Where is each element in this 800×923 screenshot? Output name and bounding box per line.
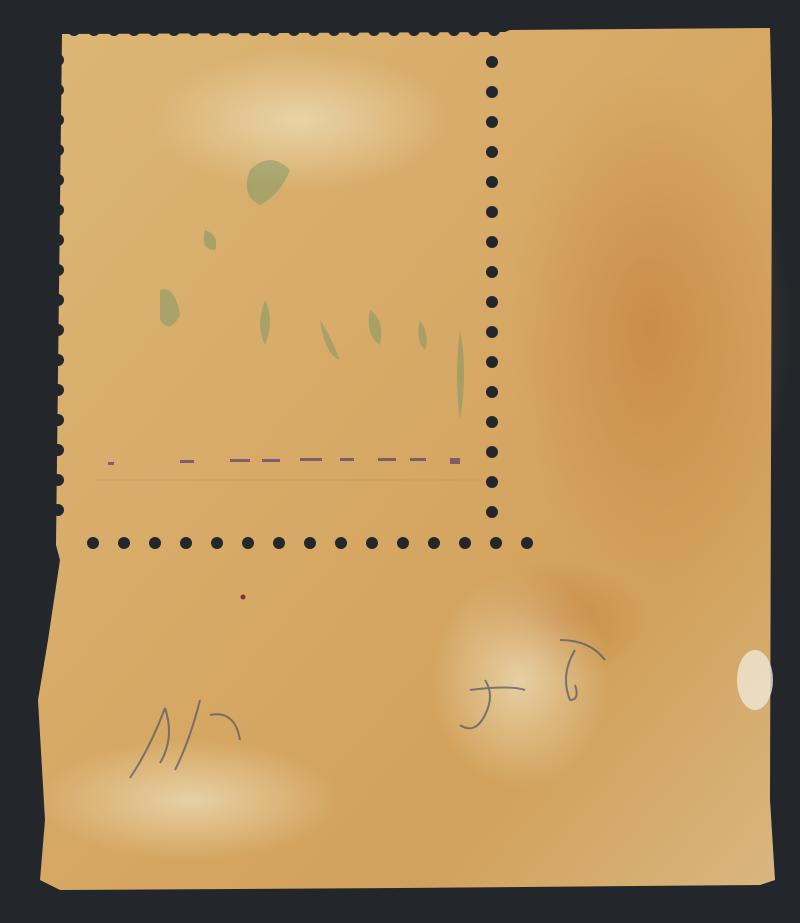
stamp-photo: Reverse side of a corner-margin postage … (0, 0, 800, 923)
stamp-reverse (0, 0, 800, 923)
horizontal-perforation-row (87, 537, 533, 549)
